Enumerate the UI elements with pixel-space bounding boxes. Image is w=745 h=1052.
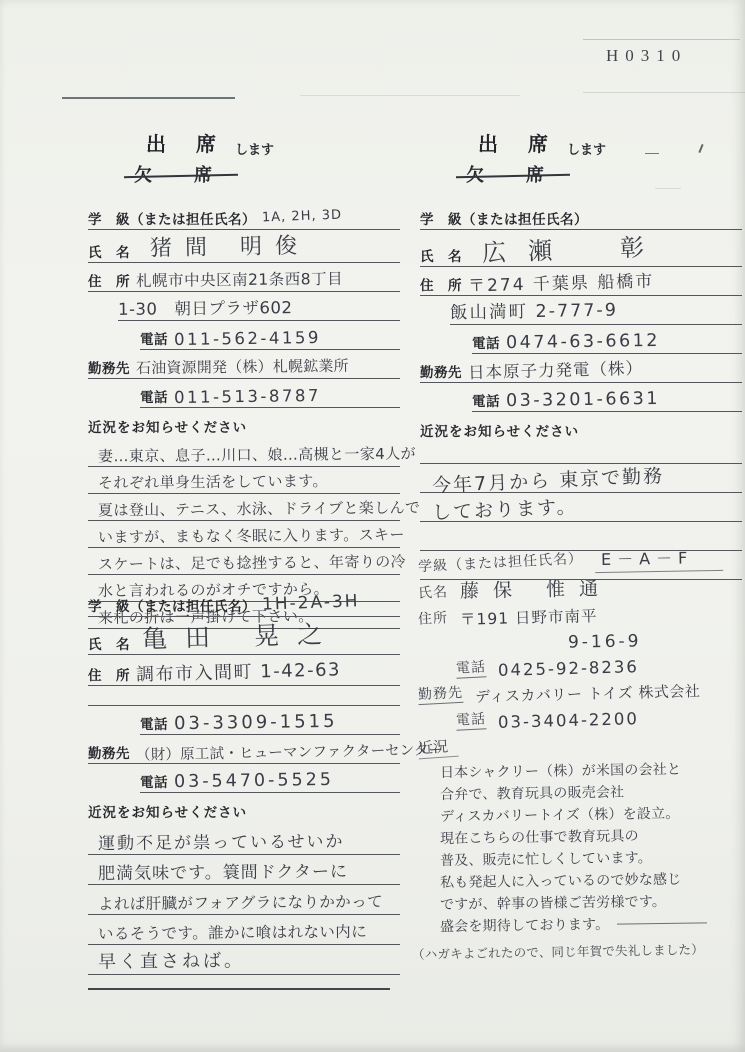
status-line: 夏は登山、テニス、水泳、ドライブと楽しんで bbox=[88, 494, 400, 521]
attend-label: 出 席 bbox=[146, 134, 221, 156]
phone-value: 011-562-4159 bbox=[174, 328, 321, 349]
reply-card-bottom-right: 学級（または担任氏名） E－A－F 氏名 藤保 惟通 住所 〒191 日野市南平… bbox=[418, 546, 745, 960]
class-value: 1H-2A-3H bbox=[262, 591, 360, 614]
workplace-phone-value: 03-5470-5525 bbox=[174, 770, 334, 792]
address-value-line1: 〒274 千葉県 船橋市 bbox=[468, 267, 655, 297]
footnote: （ハガキよごれたので、同じ年賀で失礼しました） bbox=[412, 939, 745, 963]
workplace-phone-field: 電話 03-5470-5525 bbox=[140, 764, 400, 793]
phone-field: 電話 03-3309-1515 bbox=[140, 706, 400, 735]
name-label: 氏名 bbox=[417, 581, 448, 603]
status-prompt: 近況をお知らせください bbox=[88, 416, 400, 436]
class-value: E－A－F bbox=[595, 545, 724, 573]
address-field: 住 所 調布市入間町 1-42-63 bbox=[88, 655, 400, 686]
address-value-line1: 調布市入間町 1-42-63 bbox=[136, 655, 342, 686]
workplace-field: 勤務先 （財）原工試・ヒューマンファクターセンター bbox=[88, 735, 400, 764]
phone-value: 03-3309-1515 bbox=[174, 711, 338, 734]
phone-field: 電話 011-562-4159 bbox=[140, 321, 400, 350]
address-value-line2: 飯山満町 2-777-9 bbox=[450, 297, 618, 325]
phone-value: 0425-92-8236 bbox=[498, 657, 639, 680]
scanned-page: H0310 出 席します 欠 席 学 級（または担任氏名） 1A, 2H, 3D… bbox=[0, 0, 745, 1052]
class-value: 1A, 2H, 3D bbox=[262, 208, 343, 226]
absent-label-struck: 欠 席 bbox=[134, 161, 224, 187]
status-line: いるそうです。誰かに喰はれない内に bbox=[88, 915, 400, 945]
status-line: 肥満気味です。簑間ドクターに bbox=[88, 855, 400, 885]
scan-line bbox=[62, 97, 235, 99]
name-value: 藤保 惟通 bbox=[460, 574, 612, 604]
address-field: 住 所 〒274 千葉県 船橋市 bbox=[420, 267, 742, 296]
attend-suffix: します bbox=[235, 142, 274, 157]
workplace-phone-field: 電話 03-3201-6631 bbox=[472, 383, 742, 412]
status-prompt: 近況をお知らせください bbox=[88, 801, 400, 821]
phone-field: 電話 0425-92-8236 bbox=[418, 652, 745, 678]
status-line: 妻…東京、息子…川口、娘…高槻と一家4人が bbox=[88, 440, 400, 467]
workplace-label: 勤務先 bbox=[417, 682, 463, 705]
address-value-line1: 〒191 日野市南平 bbox=[460, 604, 598, 630]
trailing-line bbox=[617, 922, 707, 924]
status-line: よれば肝臓がフォアグラになりかかって bbox=[88, 885, 400, 915]
absent-label-struck: 欠 席 bbox=[466, 161, 556, 187]
status-line: 運動不足が祟っているせいか bbox=[88, 825, 400, 855]
address-value-line2: 9-16-9 bbox=[568, 631, 642, 652]
name-value: 猪間 明俊 bbox=[150, 229, 311, 263]
name-field: 氏 名 猪間 明俊 bbox=[88, 230, 400, 263]
phone-field: 電話 0474-63-6612 bbox=[472, 325, 742, 354]
address-value-line1: 札幌市中央区南21条西8丁目 bbox=[136, 267, 343, 291]
address-field: 住所 〒191 日野市南平 bbox=[418, 602, 745, 628]
phone-value: 0474-63-6612 bbox=[506, 331, 660, 353]
address-field-line2: 飯山満町 2-777-9 bbox=[450, 296, 742, 325]
name-value: 広瀬 彰 bbox=[481, 227, 666, 268]
address-field: 住 所 札幌市中央区南21条西8丁目 bbox=[88, 263, 400, 292]
reply-card-top-right: 出 席します 欠 席 学 級（または担任氏名） 氏 名 広瀬 彰 住 所 〒27… bbox=[420, 128, 742, 580]
phone-label: 電話 bbox=[455, 656, 486, 679]
class-field: 学 級（または担任氏名） 1H-2A-3H bbox=[88, 588, 400, 617]
address-field-line2: 9-16-9 bbox=[418, 628, 745, 652]
workplace-phone-field: 電話 03-3404-2200 bbox=[418, 704, 745, 730]
status-line: いますが、まもなく冬眠に入ります。スキー bbox=[88, 521, 400, 548]
workplace-phone-value: 011-513-8787 bbox=[174, 386, 321, 407]
workplace-value: （財）原工試・ヒューマンファクターセンター bbox=[136, 738, 444, 764]
reply-card-bottom-left: 学 級（または担任氏名） 1H-2A-3H 氏 名 亀田 晃之 住 所 調布市入… bbox=[88, 588, 400, 990]
status-line-empty bbox=[420, 444, 742, 464]
status-header: 近況 bbox=[417, 735, 458, 760]
workplace-field: 勤務先 日本原子力発電（株） bbox=[420, 354, 742, 383]
scan-line bbox=[583, 92, 745, 93]
workplace-phone-value: 03-3201-6631 bbox=[506, 389, 660, 411]
scan-line bbox=[300, 95, 520, 96]
workplace-value: 石油資源開発（株）札幌鉱業所 bbox=[136, 355, 349, 378]
attend-label: 出 席 bbox=[478, 134, 553, 156]
name-field: 氏名 藤保 惟通 bbox=[418, 572, 745, 602]
scan-line bbox=[583, 39, 740, 40]
address-field-line2: 1-30 朝日プラザ602 bbox=[118, 292, 400, 321]
class-field: 学 級（または担任氏名） bbox=[420, 201, 742, 230]
name-field: 氏 名 広瀬 彰 bbox=[420, 230, 742, 267]
workplace-field: 勤務先 石油資源開発（株）札幌鉱業所 bbox=[88, 350, 400, 379]
address-field-line2-empty bbox=[88, 686, 400, 706]
status-line: 早く直さねば。 bbox=[88, 945, 400, 975]
workplace-phone-field: 電話 011-513-8787 bbox=[140, 379, 400, 408]
status-line: スケートは、足でも捻挫すると、年寄りの冷 bbox=[88, 548, 400, 575]
attend-suffix: します bbox=[567, 142, 606, 157]
workplace-field: 勤務先 ディスカバリー トイズ 株式会社 bbox=[418, 678, 745, 704]
document-code: H0310 bbox=[606, 46, 687, 66]
class-field: 学級（または担任氏名） E－A－F bbox=[418, 546, 745, 572]
status-line: それぞれ単身生活をしています。 bbox=[88, 467, 400, 494]
address-value-line2: 1-30 朝日プラザ602 bbox=[118, 294, 293, 320]
workplace-phone-value: 03-3404-2200 bbox=[498, 709, 639, 732]
status-line-empty bbox=[88, 975, 390, 990]
status-line: しております。 bbox=[420, 493, 742, 522]
phone-label: 電話 bbox=[455, 708, 486, 731]
status-prompt: 近況をお知らせください bbox=[420, 420, 742, 440]
class-field: 学 級（または担任氏名） 1A, 2H, 3D bbox=[88, 201, 400, 230]
attendance-header: 出 席します 欠 席 bbox=[478, 128, 742, 187]
workplace-value: ディスカバリー トイズ 株式会社 bbox=[475, 680, 701, 707]
workplace-value: 日本原子力発電（株） bbox=[468, 355, 644, 384]
reply-card-top-left: 出 席します 欠 席 学 級（または担任氏名） 1A, 2H, 3D 氏 名 猪… bbox=[88, 128, 400, 629]
name-value: 亀田 晃之 bbox=[142, 614, 341, 655]
attendance-header: 出 席します 欠 席 bbox=[146, 128, 400, 187]
name-field: 氏 名 亀田 晃之 bbox=[88, 617, 400, 655]
status-line: 盛会を期待しております。 bbox=[440, 912, 745, 938]
status-line: 今年7月から 東京で勤務 bbox=[420, 464, 742, 493]
address-label: 住所 bbox=[417, 607, 448, 629]
